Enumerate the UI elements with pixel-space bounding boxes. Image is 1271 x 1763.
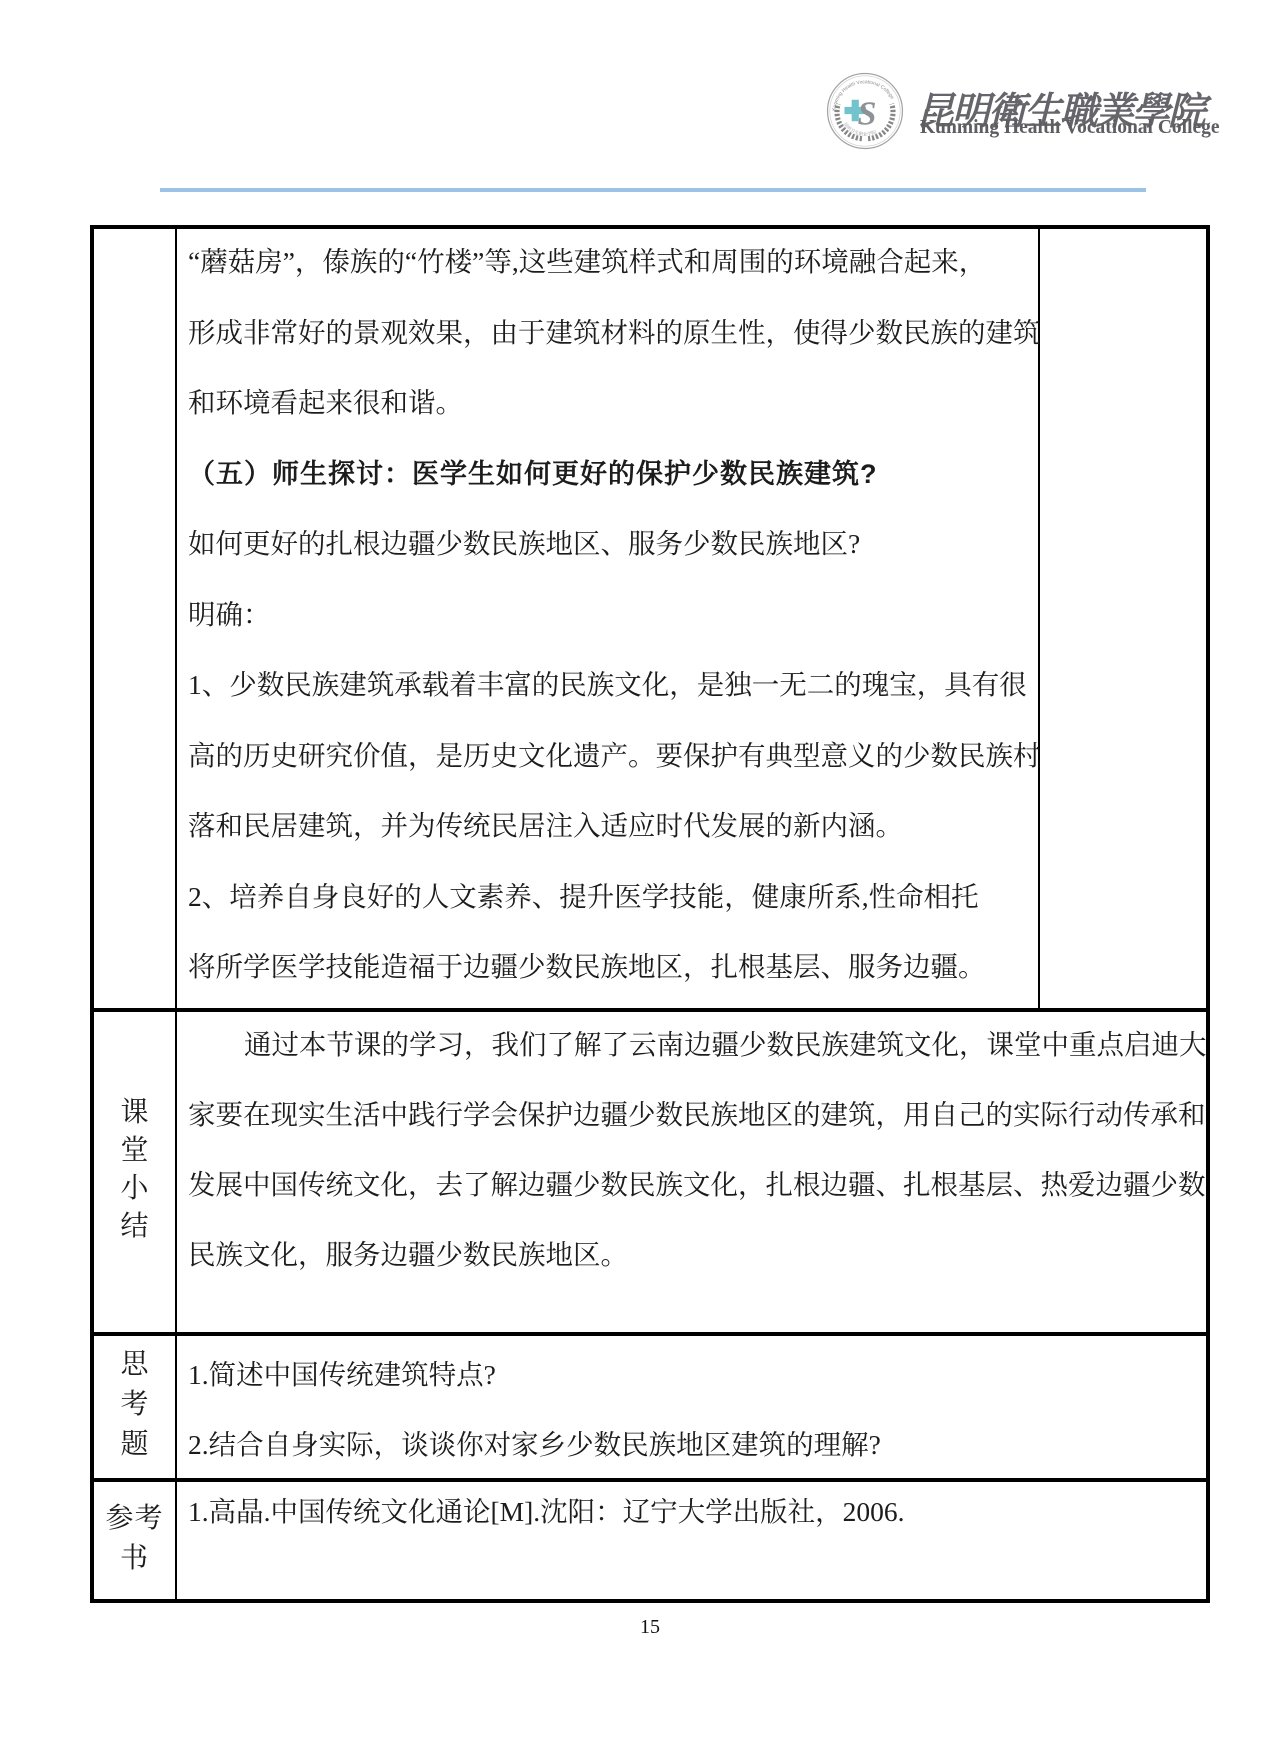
text-line: 发展中国传统文化，去了解边疆少数民族文化，扎根边疆、扎根基层、热爱边疆少数 (188, 1150, 1206, 1220)
summary-row-label: 课堂小结 (94, 1094, 175, 1246)
text-line: 民族文化，服务边疆少数民族地区。 (188, 1220, 1206, 1290)
label-char: 思 (94, 1345, 175, 1385)
text-line: 家要在现实生活中践行学会保护边疆少数民族地区的建筑，用自己的实际行动传承和 (188, 1080, 1206, 1150)
text-line: （五）师生探讨：医学生如何更好的保护少数民族建筑? (188, 439, 1038, 510)
dragon-s-mark: S (858, 95, 877, 132)
main-content-cell: “蘑菇房”，傣族的“竹楼”等,这些建筑样式和周围的环境融合起来，形成非常好的景观… (188, 227, 1038, 1003)
references-row-label: 参考书 (94, 1499, 175, 1579)
label-char: 小 (94, 1170, 175, 1208)
label-char: 结 (94, 1208, 175, 1246)
references-cell: 1.高晶.中国传统文化通论[M].沈阳：辽宁大学出版社，2006. (188, 1482, 1206, 1542)
text-line: 1.简述中国传统建筑特点? (188, 1340, 1206, 1410)
header-divider-rule (160, 188, 1146, 192)
text-line: 如何更好的扎根边疆少数民族地区、服务少数民族地区? (188, 509, 1038, 580)
text-line: 将所学医学技能造福于边疆少数民族地区，扎根基层、服务边疆。 (188, 932, 1038, 1003)
label-char: 考 (94, 1385, 175, 1425)
text-line: 2.结合自身实际，谈谈你对家乡少数民族地区建筑的理解? (188, 1410, 1206, 1480)
text-line: 1.高晶.中国传统文化通论[M].沈阳：辽宁大学出版社，2006. (188, 1482, 1206, 1542)
text-line: 1、少数民族建筑承载着丰富的民族文化，是独一无二的瑰宝，具有很 (188, 650, 1038, 721)
questions-cell: 1.简述中国传统建筑特点?2.结合自身实际，谈谈你对家乡少数民族地区建筑的理解? (188, 1340, 1206, 1480)
college-name-english: Kunming Health Vocational College (920, 117, 1220, 139)
table-row-divider-2 (94, 1332, 1206, 1336)
label-char: 书 (94, 1539, 175, 1579)
text-line: 2、培养自身良好的人文素养、提升医学技能，健康所系,性命相托 (188, 862, 1038, 933)
text-line: 明确： (188, 580, 1038, 651)
text-line: 形成非常好的景观效果，由于建筑材料的原生性，使得少数民族的建筑 (188, 298, 1038, 369)
text-line: 高的历史研究价值，是历史文化遗产。要保护有典型意义的少数民族村 (188, 721, 1038, 792)
text-line: 和环境看起来很和谐。 (188, 368, 1038, 439)
label-char: 参考 (94, 1499, 175, 1539)
text-line: “蘑菇房”，傣族的“竹楼”等,这些建筑样式和周围的环境融合起来， (188, 227, 1038, 298)
text-line: 落和民居建筑，并为传统民居注入适应时代发展的新内涵。 (188, 791, 1038, 862)
label-char: 堂 (94, 1132, 175, 1170)
label-char: 题 (94, 1425, 175, 1465)
summary-cell: 通过本节课的学习，我们了解了云南边疆少数民族建筑文化，课堂中重点启迪大家要在现实… (188, 1010, 1206, 1290)
lesson-plan-table: “蘑菇房”，傣族的“竹楼”等,这些建筑样式和周围的环境融合起来，形成非常好的景观… (90, 225, 1210, 1603)
table-label-column-divider (175, 229, 177, 1599)
label-char: 课 (94, 1094, 175, 1132)
questions-row-label: 思考题 (94, 1345, 175, 1465)
document-page: Kunming Health Vocational College S 昆明卫生… (0, 0, 1271, 1763)
page-number: 15 (90, 1616, 1210, 1639)
college-seal-logo: Kunming Health Vocational College S 昆明卫生… (826, 72, 904, 150)
text-line: 通过本节课的学习，我们了解了云南边疆少数民族建筑文化，课堂中重点启迪大 (188, 1010, 1206, 1080)
